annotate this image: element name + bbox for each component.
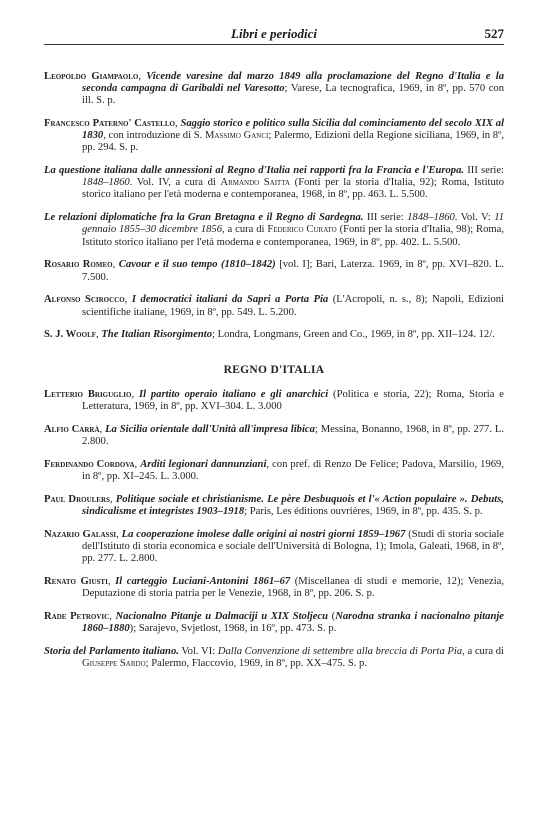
entry-author: Letterio Briguglio — [44, 389, 131, 400]
bibliography-entry: La questione italiana dalle annessioni a… — [44, 165, 504, 202]
entry-title: La questione italiana dalle annessioni a… — [44, 165, 464, 176]
bibliography-entry: Letterio Briguglio, Il partito operaio i… — [44, 389, 504, 413]
entry-author: Rosario Romeo — [44, 259, 113, 270]
entry-title: Storia del Parlamento italiano. — [44, 646, 179, 657]
bibliography-entry: Renato Giusti, Il carteggio Luciani-Anto… — [44, 576, 504, 600]
bibliography-entry: Leopoldo Giampaolo, Vicende varesine dal… — [44, 71, 504, 108]
entry-title: Le relazioni diplomatiche fra la Gran Br… — [44, 212, 363, 223]
entry-title: I democratici italiani da Sapri a Porta … — [132, 294, 328, 305]
entry-editor: Armando Saitta — [220, 177, 290, 188]
entry-title: La Sicilia orientale dall'Unità all'impr… — [105, 424, 315, 435]
entry-title: Il partito operaio italiano e gli anarch… — [139, 389, 328, 400]
entry-author: S. J. Woolf — [44, 329, 96, 340]
bibliography-entry: Paul Droulers, Politique sociale et chri… — [44, 494, 504, 518]
entry-author: Rade Petrovic — [44, 611, 109, 622]
entry-title: Nacionalno Pitanje u Dalmaciji u XIX Sto… — [116, 611, 329, 622]
bibliography-entry: Nazario Galassi, La cooperazione imolese… — [44, 529, 504, 566]
bibliography-entry: Rosario Romeo, Cavour e il suo tempo (18… — [44, 259, 504, 283]
entry-author: Paul Droulers — [44, 494, 110, 505]
entry-editor: Giuseppe Sardo — [82, 658, 146, 669]
entry-author: Leopoldo Giampaolo — [44, 71, 138, 82]
entry-publication: ; Palermo, Flaccovio, 1969, in 8º, pp. X… — [146, 658, 367, 669]
entry-title: Il carteggio Luciani-Antonini 1861–67 — [115, 576, 290, 587]
bibliography-entry: Le relazioni diplomatiche fra la Gran Br… — [44, 212, 504, 249]
entry-editor: Federico Curato — [267, 224, 336, 235]
entry-author: Nazario Galassi — [44, 529, 116, 540]
entry-publication: ; Londra, Longmans, Green and Co., 1969,… — [212, 329, 495, 340]
running-title: Libri e periodici — [44, 26, 504, 42]
bibliography-entry: Storia del Parlamento italiano. Vol. VI:… — [44, 646, 504, 670]
entry-author: Ferdinando Cordova — [44, 459, 135, 470]
entry-title: Arditi legionari dannunziani — [140, 459, 266, 470]
entry-editor: Massimo Ganci — [205, 130, 268, 141]
section-heading: REGNO D'ITALIA — [44, 364, 504, 376]
bibliography-entry: S. J. Woolf, The Italian Risorgimento; L… — [44, 329, 504, 341]
entry-title: La cooperazione imolese dalle origini ai… — [122, 529, 406, 540]
entry-title: The Italian Risorgimento — [101, 329, 212, 340]
bibliography-entry: Alfonso Scirocco, I democratici italiani… — [44, 294, 504, 318]
page-number: 527 — [485, 26, 505, 42]
entry-title: Cavour e il suo tempo (1810–1842) — [119, 259, 276, 270]
entry-publication: ; Paris, Les éditions ouvrières, 1969, i… — [244, 506, 482, 517]
entry-publication: ); Sarajevo, Svjetlost, 1968, in 16º, pp… — [130, 623, 337, 634]
bibliography-entry: Ferdinando Cordova, Arditi legionari dan… — [44, 459, 504, 483]
entry-author: Francesco Paterno' Castello — [44, 118, 175, 129]
running-head: Libri e periodici 527 — [44, 26, 504, 42]
bibliography-entry: Alfio Carrà, La Sicilia orientale dall'U… — [44, 424, 504, 448]
bibliography-entry: Francesco Paterno' Castello, Saggio stor… — [44, 118, 504, 155]
entry-author: Alfonso Scirocco — [44, 294, 125, 305]
bibliography-entry: Rade Petrovic, Nacionalno Pitanje u Dalm… — [44, 611, 504, 635]
entry-author: Alfio Carrà — [44, 424, 100, 435]
entry-author: Renato Giusti — [44, 576, 108, 587]
header-rule — [44, 44, 504, 45]
bibliography-list: Leopoldo Giampaolo, Vicende varesine dal… — [44, 60, 504, 678]
